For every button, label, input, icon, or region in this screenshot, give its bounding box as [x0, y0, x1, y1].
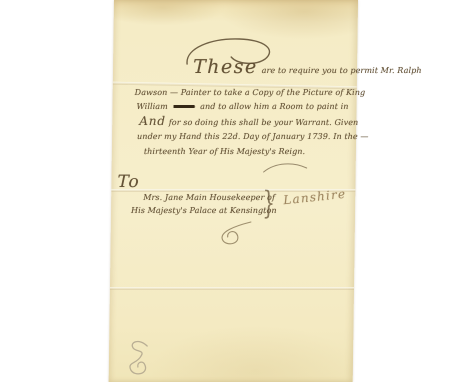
body-line-3: William ——— and to allow him a Room to p…: [136, 102, 348, 111]
photo-background: Theseare to require you to permit Mr. Ra…: [0, 0, 468, 382]
address-line2-text: His Majesty's Palace at Kensington: [131, 206, 277, 215]
address-line-1: Mrs. Jane Main Housekeeper of: [143, 193, 275, 202]
line3-start: William: [136, 102, 168, 111]
body-line-4: Andfor so doing this shall be your Warra…: [139, 114, 358, 128]
pencil-monogram-icon: [123, 338, 168, 380]
line6-swash-icon: [262, 159, 310, 175]
to-text: To: [117, 172, 140, 192]
line3-rest: and to allow him a Room to paint in: [200, 102, 348, 111]
body-line-6: thirteenth Year of His Majesty's Reign.: [144, 147, 305, 156]
body-line-1: Theseare to require you to permit Mr. Ra…: [193, 56, 422, 78]
brace-glyph: }: [262, 185, 275, 222]
manuscript-paper: Theseare to require you to permit Mr. Ra…: [109, 0, 358, 382]
line2-text: Dawson — Painter to take a Copy of the P…: [135, 88, 366, 97]
opening-word: These: [193, 56, 262, 78]
address-line1-text: Mrs. Jane Main Housekeeper of: [143, 193, 275, 202]
address-line-2: His Majesty's Palace at Kensington: [131, 206, 277, 215]
line1-text: are to require you to permit Mr. Ralph: [262, 66, 422, 75]
line6-text: thirteenth Year of His Majesty's Reign.: [144, 147, 305, 156]
line5-text: under my Hand this 22d. Day of January 1…: [137, 132, 369, 141]
line4-rest: for so doing this shall be your Warrant.…: [169, 118, 359, 127]
address-brace: }: [262, 185, 275, 222]
body-line-2: Dawson — Painter to take a Copy of the P…: [135, 88, 366, 97]
fold-crease-bottom: [110, 287, 354, 290]
address-to: To: [117, 172, 140, 192]
body-line-5: under my Hand this 22d. Day of January 1…: [137, 132, 369, 141]
line4-lead: And: [139, 114, 169, 128]
ink-spiral-icon: [209, 218, 255, 248]
struck-out-word: ———: [170, 102, 197, 111]
